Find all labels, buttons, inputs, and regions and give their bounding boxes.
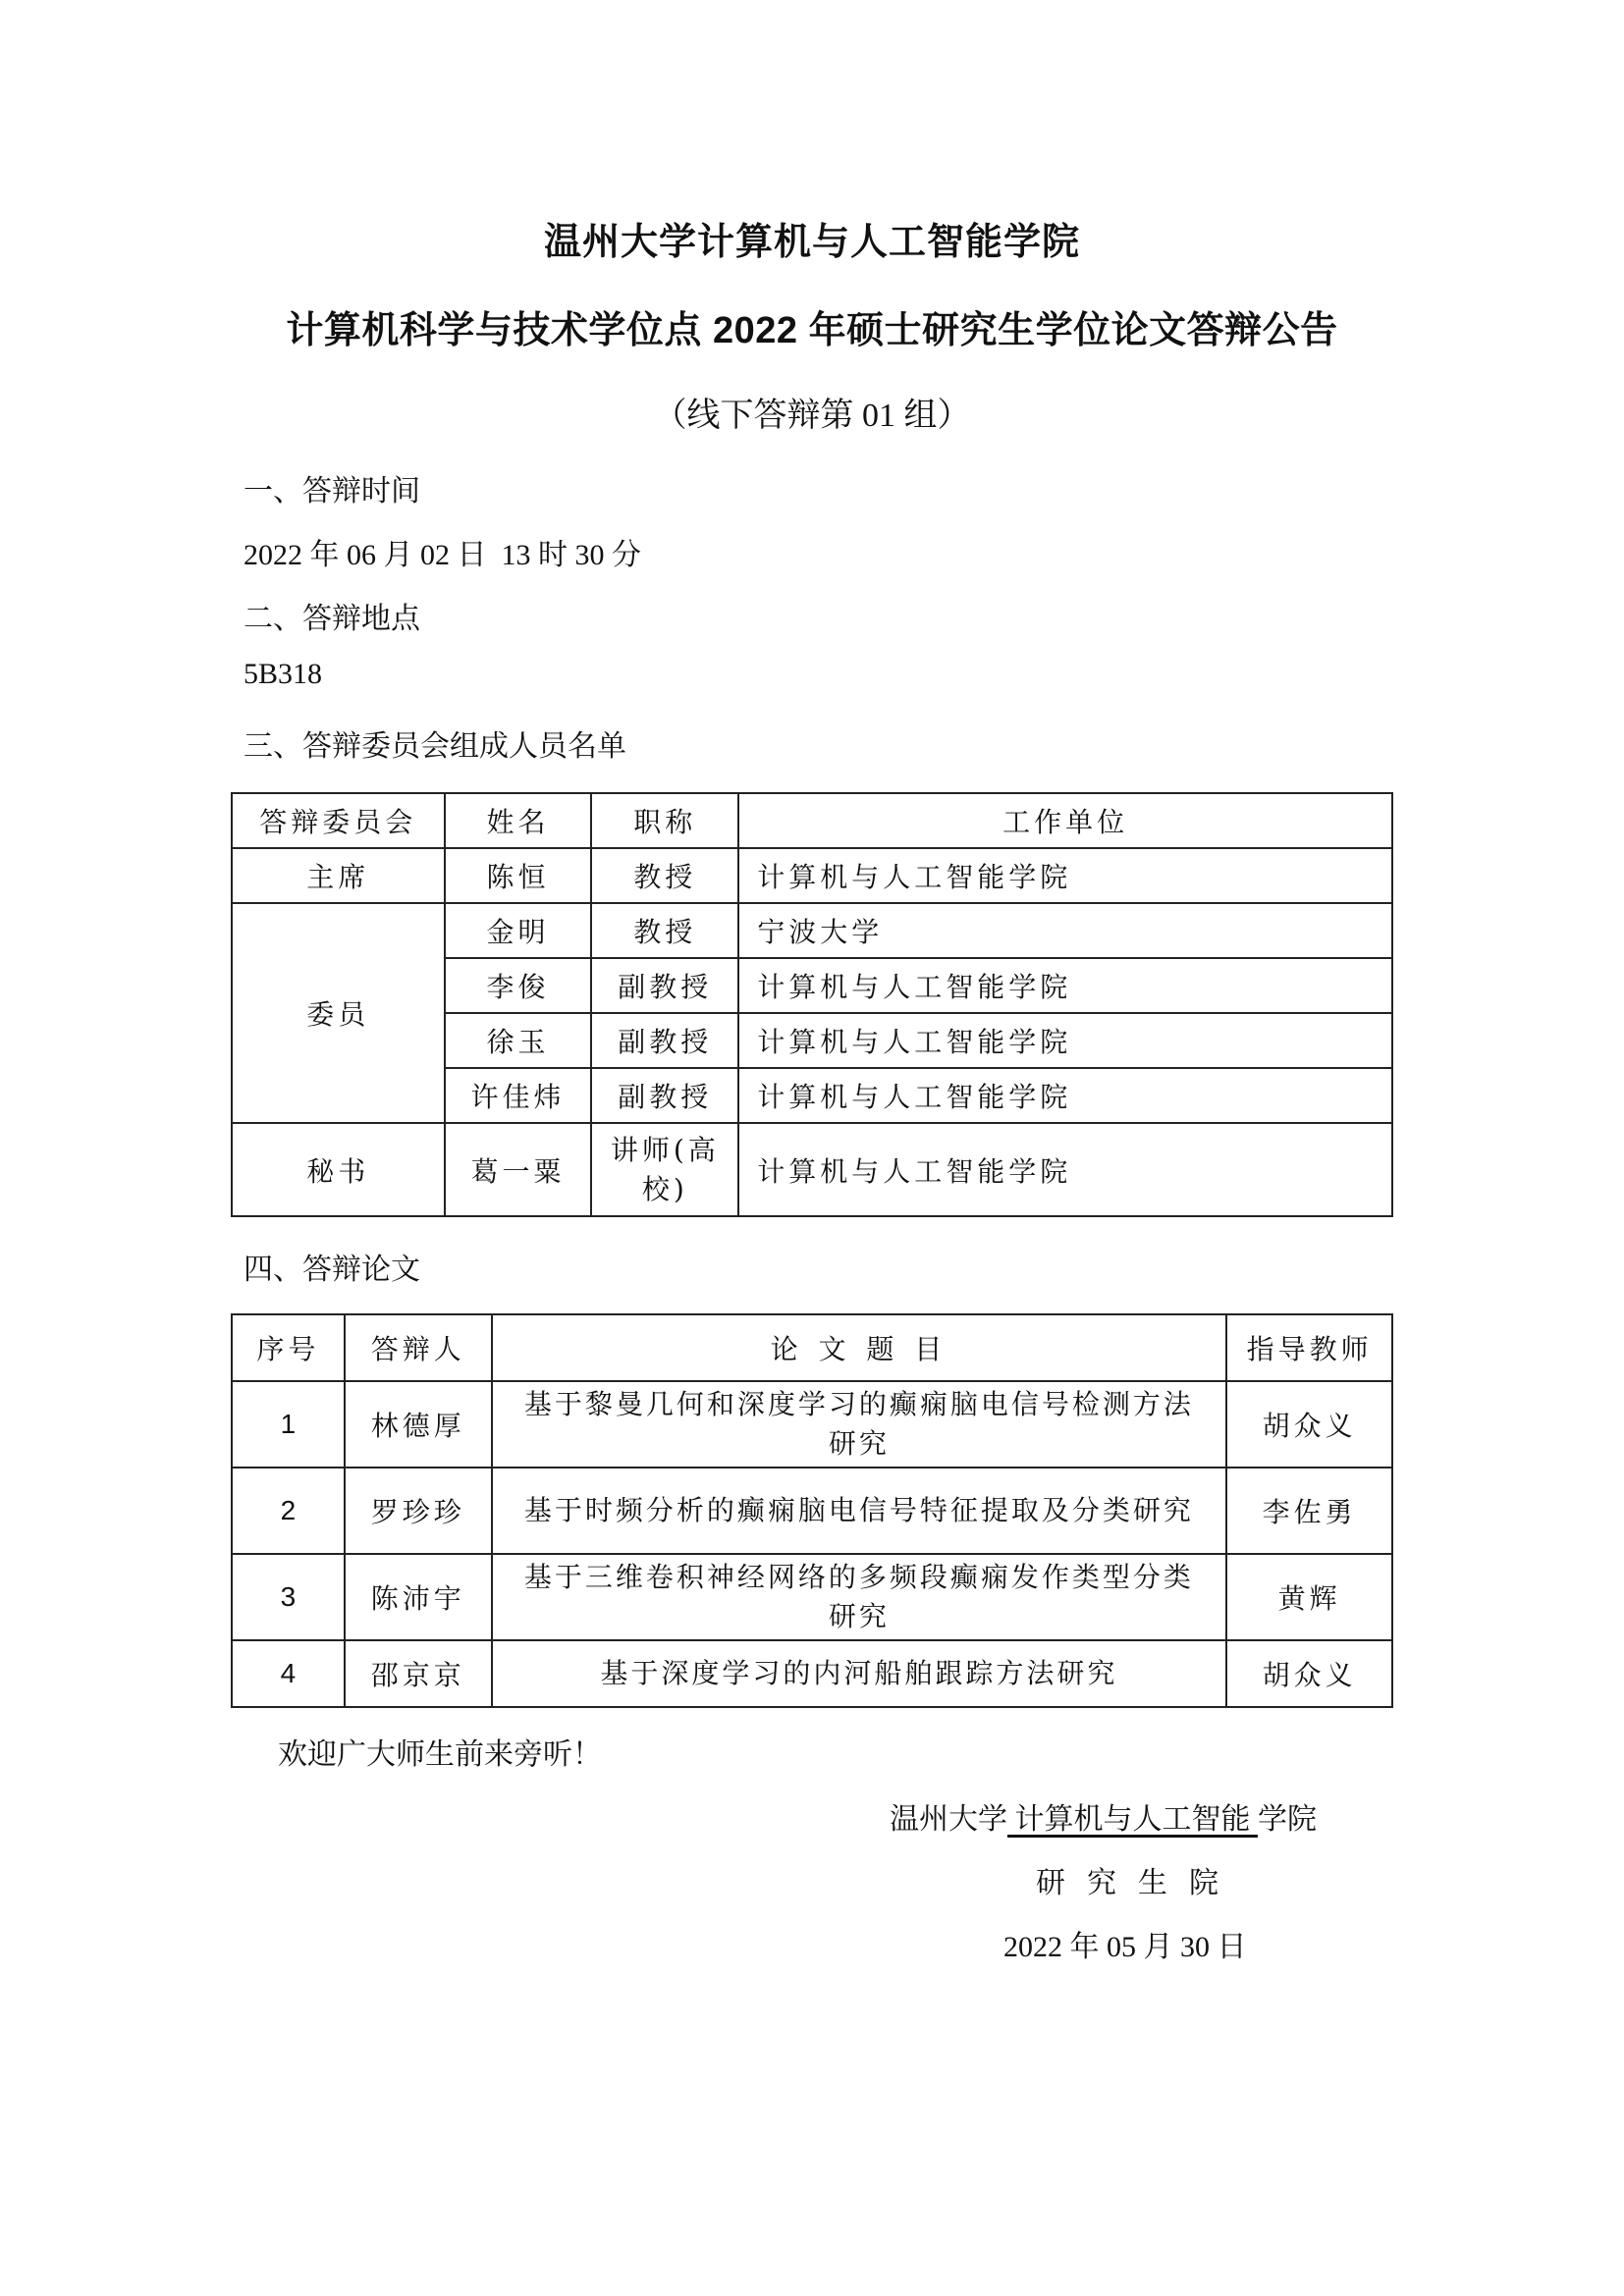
- table-row: 主席 陈恒 教授 计算机与人工智能学院: [232, 848, 1392, 903]
- header-name: 姓名: [445, 793, 592, 848]
- number-cell: 3: [232, 1554, 345, 1640]
- welcome-note: 欢迎广大师生前来旁听！: [278, 1730, 602, 1773]
- thesis-title-cell: 基于黎曼几何和深度学习的癫痫脑电信号检测方法研究: [492, 1381, 1227, 1468]
- place-heading: 二、答辩地点: [244, 594, 420, 637]
- header-number: 序号: [232, 1314, 345, 1381]
- table-row: 2 罗珍珍 基于时频分析的癫痫脑电信号特征提取及分类研究 李佐勇: [232, 1468, 1392, 1554]
- unit-cell: 宁波大学: [738, 903, 1392, 958]
- document-title: 温州大学计算机与人工智能学院: [0, 211, 1624, 265]
- table-row: 秘书 葛一粟 讲师(高校) 计算机与人工智能学院: [232, 1123, 1392, 1216]
- thesis-title-cell: 基于深度学习的内河船舶跟踪方法研究: [492, 1640, 1227, 1707]
- table-header-row: 序号 答辩人 论 文 题 目 指导教师: [232, 1314, 1392, 1381]
- name-cell: 葛一粟: [445, 1123, 592, 1216]
- header-student: 答辩人: [345, 1314, 492, 1381]
- table-row: 3 陈沛宇 基于三维卷积神经网络的多频段癫痫发作类型分类研究 黄辉: [232, 1554, 1392, 1640]
- number-cell: 4: [232, 1640, 345, 1707]
- thesis-title-cell: 基于三维卷积神经网络的多频段癫痫发作类型分类研究: [492, 1554, 1227, 1640]
- table-row: 4 邵京京 基于深度学习的内河船舶跟踪方法研究 胡众义: [232, 1640, 1392, 1707]
- title-cell: 副教授: [591, 1013, 738, 1068]
- committee-table: 答辩委员会 姓名 职称 工作单位 主席 陈恒 教授 计算机与人工智能学院 委员 …: [231, 792, 1393, 1217]
- advisor-cell: 胡众义: [1226, 1640, 1392, 1707]
- unit-cell: 计算机与人工智能学院: [738, 848, 1392, 903]
- title-cell: 讲师(高校): [591, 1123, 738, 1216]
- thesis-table: 序号 答辩人 论 文 题 目 指导教师 1 林德厚 基于黎曼几何和深度学习的癫痫…: [231, 1313, 1393, 1708]
- name-cell: 陈恒: [445, 848, 592, 903]
- group-label: （线下答辩第 01 组）: [0, 388, 1624, 436]
- name-cell: 许佳炜: [445, 1068, 592, 1123]
- role-cell: 秘书: [232, 1123, 445, 1216]
- number-cell: 2: [232, 1468, 345, 1554]
- role-cell: 委员: [232, 903, 445, 1123]
- student-cell: 林德厚: [345, 1381, 492, 1468]
- committee-heading: 三、答辩委员会组成人员名单: [244, 721, 626, 765]
- thesis-title-cell: 基于时频分析的癫痫脑电信号特征提取及分类研究: [492, 1468, 1227, 1554]
- name-cell: 李俊: [445, 958, 592, 1013]
- signature-college-name: 计算机与人工智能: [1007, 1803, 1258, 1836]
- unit-cell: 计算机与人工智能学院: [738, 1013, 1392, 1068]
- place-value: 5B318: [244, 658, 322, 691]
- header-advisor: 指导教师: [1226, 1314, 1392, 1381]
- role-cell: 主席: [232, 848, 445, 903]
- name-cell: 金明: [445, 903, 592, 958]
- header-title: 职称: [591, 793, 738, 848]
- time-heading: 一、答辩时间: [244, 466, 420, 509]
- number-cell: 1: [232, 1381, 345, 1468]
- header-unit: 工作单位: [738, 793, 1392, 848]
- table-row: 1 林德厚 基于黎曼几何和深度学习的癫痫脑电信号检测方法研究 胡众义: [232, 1381, 1392, 1468]
- signature-date: 2022 年 05 月 30 日: [1003, 1922, 1247, 1965]
- advisor-cell: 胡众义: [1226, 1381, 1392, 1468]
- document-subtitle-main: 计算机科学与技术学位点 2022 年硕士研究生学位论文答辩公告: [0, 299, 1624, 353]
- signature-suffix: 学院: [1258, 1803, 1317, 1836]
- header-thesis-title: 论 文 题 目: [492, 1314, 1227, 1381]
- signature-college: 温州大学 计算机与人工智能 学院: [890, 1794, 1317, 1838]
- unit-cell: 计算机与人工智能学院: [738, 1123, 1392, 1216]
- student-cell: 邵京京: [345, 1640, 492, 1707]
- title-cell: 教授: [591, 903, 738, 958]
- header-committee: 答辩委员会: [232, 793, 445, 848]
- thesis-heading: 四、答辩论文: [244, 1245, 420, 1288]
- advisor-cell: 李佐勇: [1226, 1468, 1392, 1554]
- student-cell: 罗珍珍: [345, 1468, 492, 1554]
- title-cell: 副教授: [591, 1068, 738, 1123]
- table-row: 委员 金明 教授 宁波大学: [232, 903, 1392, 958]
- unit-cell: 计算机与人工智能学院: [738, 1068, 1392, 1123]
- table-header-row: 答辩委员会 姓名 职称 工作单位: [232, 793, 1392, 848]
- signature-prefix: 温州大学: [890, 1803, 1007, 1836]
- title-cell: 副教授: [591, 958, 738, 1013]
- time-value: 2022 年 06 月 02 日 13 时 30 分: [244, 530, 641, 573]
- signature-graduate-school: 研究生院: [1036, 1858, 1240, 1901]
- name-cell: 徐玉: [445, 1013, 592, 1068]
- student-cell: 陈沛宇: [345, 1554, 492, 1640]
- title-cell: 教授: [591, 848, 738, 903]
- advisor-cell: 黄辉: [1226, 1554, 1392, 1640]
- unit-cell: 计算机与人工智能学院: [738, 958, 1392, 1013]
